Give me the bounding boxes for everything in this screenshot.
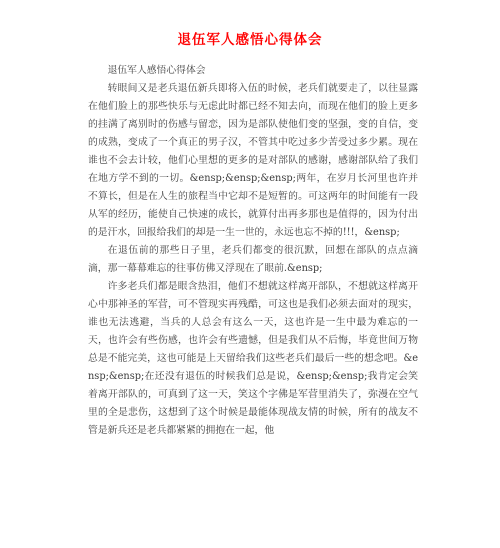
document-body: 退伍军人感悟心得体会 转眼间又是老兵退伍新兵即将入伍的时候，老兵们就要走了，以往… (88, 62, 418, 440)
paragraph: 转眼间又是老兵退伍新兵即将入伍的时候，老兵们就要走了，以往显露在他们脸上的那些快… (88, 80, 418, 242)
paragraph: 在退伍前的那些日子里，老兵们都变的很沉默，回想在部队的点点滴滴，那一幕幕难忘的往… (88, 242, 418, 278)
paragraph-subtitle: 退伍军人感悟心得体会 (88, 62, 418, 80)
document-page: 退伍军人感悟心得体会 退伍军人感悟心得体会 转眼间又是老兵退伍新兵即将入伍的时候… (0, 0, 500, 548)
document-title: 退伍军人感悟心得体会 (0, 0, 500, 49)
paragraph: 许多老兵们都是眼含热泪，他们不想就这样离开部队，不想就这样离开心中那神圣的军营，… (88, 278, 418, 440)
